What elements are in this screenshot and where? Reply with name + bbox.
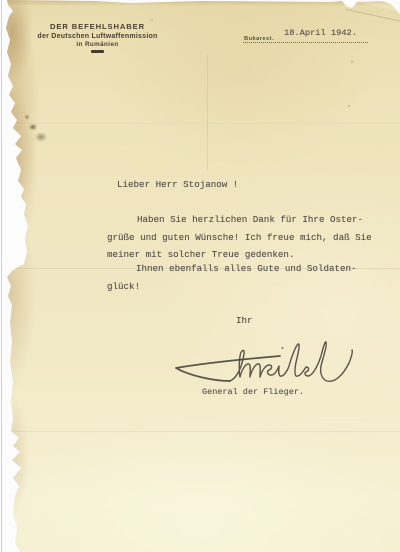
letterhead-rule bbox=[91, 50, 104, 53]
letterhead-title: DER BEFEHLSHABER bbox=[30, 22, 165, 31]
handwritten-signature bbox=[170, 337, 362, 391]
scanned-letter: DER BEFEHLSHABER der Deutschen Luftwaffe… bbox=[0, 0, 400, 552]
letterhead: DER BEFEHLSHABER der Deutschen Luftwaffe… bbox=[30, 22, 165, 53]
paper-stains bbox=[0, 0, 400, 552]
fold-crease-faint bbox=[7, 123, 400, 125]
salutation: Lieber Herr Stojanow ! bbox=[117, 179, 238, 190]
letterhead-location: in Rumänien bbox=[30, 41, 165, 48]
letterhead-subtitle: der Deutschen Luftwaffenmission bbox=[30, 33, 165, 40]
paragraph2-line2: glück! bbox=[107, 281, 140, 292]
paragraph1-line3: meiner mit solcher Treue gedenken. bbox=[107, 249, 294, 260]
letter-paper: DER BEFEHLSHABER der Deutschen Luftwaffe… bbox=[0, 0, 400, 552]
closing-word: Ihr bbox=[236, 315, 253, 326]
dateline-date: 18.April 1942. bbox=[284, 28, 357, 38]
corner-fold bbox=[350, 0, 400, 12]
fold-crease-lower bbox=[7, 431, 400, 433]
scan-edge-line bbox=[1, 0, 2, 552]
corner-fold-crease bbox=[346, 9, 400, 22]
signature-title: General der Flieger. bbox=[202, 387, 304, 397]
signature-svg bbox=[170, 337, 362, 391]
paragraph2-line1: Ihnen ebenfalls alles Gute und Soldaten- bbox=[136, 263, 357, 274]
paragraph1-line1: Haben Sie herzlichen Dank für Ihre Oster… bbox=[137, 214, 363, 225]
fold-crease-vertical bbox=[207, 55, 208, 170]
paragraph1-line2: grüße und guten Wünsche! Ich freue mich,… bbox=[107, 232, 372, 243]
